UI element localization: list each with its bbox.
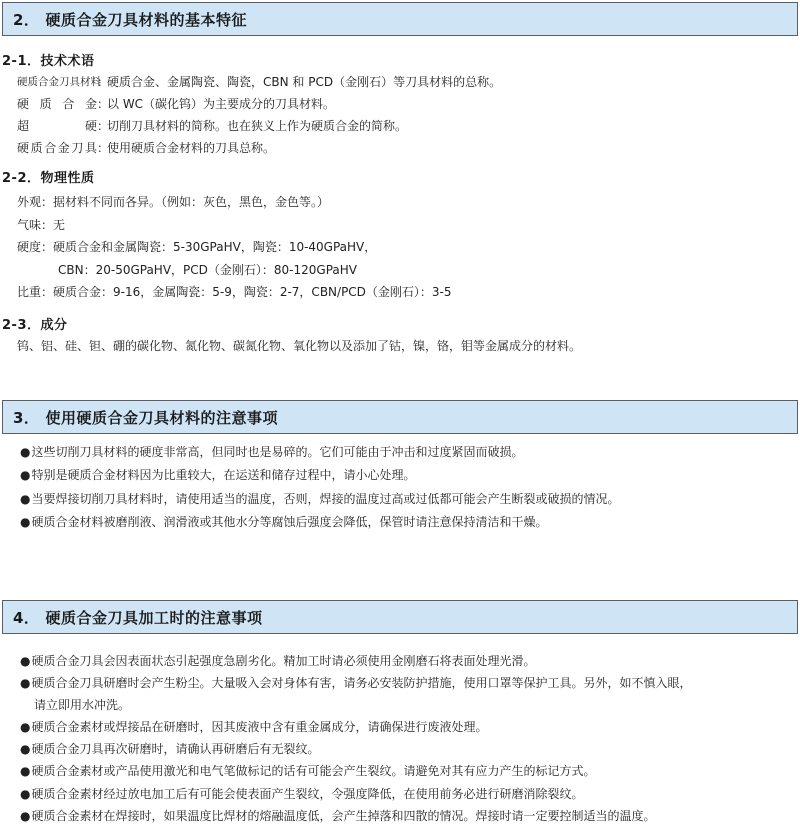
list-item-text: 当要焊接切削刀具材料时，请使用适当的温度，否则，焊接的温度过高或过低都可能会产生… <box>31 492 619 506</box>
list-item: ●硬质合金素材或焊接品在研磨时，因其废液中含有重金属成分，请确保进行废液处理。 <box>20 719 488 735</box>
list-item-text: 硬质合金材料被磨削液、润滑液或其他水分等腐蚀后强度会降低，保管时请注意保持清洁和… <box>31 515 547 529</box>
list-item-text: 这些切削刀具材料的硬度非常高，但同时也是易碎的。它们可能由于冲击和过度紧固而破损… <box>31 445 523 459</box>
bullet-icon: ● <box>20 676 30 690</box>
definition-row: 硬质合金刀具材料 ： 硬质合金、金属陶瓷、陶瓷，CBN 和 PCD（金刚石）等刀… <box>17 74 501 90</box>
definition-desc: 切削刀具材料的简称。也在狭义上作为硬质合金的简称。 <box>107 118 407 134</box>
bullet-icon: ● <box>20 742 30 756</box>
list-item-text: 硬质合金素材或焊接品在研磨时，因其废液中含有重金属成分，请确保进行废液处理。 <box>31 720 487 734</box>
list-item-text: 硬质合金素材经过放电加工后有可能会使表面产生裂纹，令强度降低，在使用前务必进行研… <box>31 787 583 801</box>
definition-colon: ： <box>97 140 107 156</box>
bullet-icon: ● <box>20 720 30 734</box>
definition-colon: ： <box>97 96 107 112</box>
list-item-text: 硬质合金刀具会因表面状态引起强度急剧劣化。精加工时请必须使用金刚磨石将表面处理光… <box>31 654 535 668</box>
definition-colon: ： <box>97 74 107 90</box>
definition-row: 硬质合金刀具 ： 使用硬质合金材料的刀具总称。 <box>17 140 275 156</box>
list-item: ●这些切削刀具材料的硬度非常高，但同时也是易碎的。它们可能由于冲击和过度紧固而破… <box>20 444 524 460</box>
property-appearance: 外观：据材料不同而各异。（例如：灰色，黑色，金色等。） <box>17 194 329 210</box>
bullet-icon: ● <box>20 764 30 778</box>
property-hardness: 硬度：硬质合金和金属陶瓷：5-30GPaHV，陶瓷：10-40GPaHV， <box>17 239 376 255</box>
definition-colon: ： <box>97 118 107 134</box>
definition-desc: 使用硬质合金材料的刀具总称。 <box>107 140 275 156</box>
bullet-icon: ● <box>20 468 30 482</box>
list-item-text: 硬质合金刀具研磨时会产生粉尘。大量吸入会对身体有害，请务必安装防护措施，使用口罩… <box>31 676 691 690</box>
section-3-title: 使用硬质合金刀具材料的注意事项 <box>45 407 278 428</box>
section-4-title: 硬质合金刀具加工时的注意事项 <box>45 607 262 628</box>
list-item-text: 硬质合金素材或产品使用激光和电气笔做标记的话有可能会产生裂纹。请避免对其有应力产… <box>31 764 595 778</box>
list-item: ●硬质合金材料被磨削液、润滑液或其他水分等腐蚀后强度会降低，保管时请注意保持清洁… <box>20 514 548 530</box>
section-3-number: 3． <box>13 407 39 428</box>
definition-term: 超 硬 <box>17 118 97 134</box>
section-3-header: 3． 使用硬质合金刀具材料的注意事项 <box>2 400 798 434</box>
bullet-icon: ● <box>20 492 30 506</box>
list-item: ●硬质合金素材或产品使用激光和电气笔做标记的话有可能会产生裂纹。请避免对其有应力… <box>20 763 596 779</box>
property-odor: 气味：无 <box>17 217 65 233</box>
section-4-number: 4． <box>13 607 39 628</box>
list-item: ●硬质合金素材在焊接时，如果温度比焊材的熔融温度低，会产生掉落和四散的情况。焊接… <box>20 808 656 824</box>
definition-term: 硬质合金刀具 <box>17 140 97 156</box>
definition-term: 硬质合金刀具材料 <box>17 74 97 90</box>
bullet-icon: ● <box>20 445 30 459</box>
definition-desc: 以 WC（碳化钨）为主要成分的刀具材料。 <box>107 96 335 112</box>
bullet-icon: ● <box>20 515 30 529</box>
bullet-icon: ● <box>20 654 30 668</box>
section-2-title: 硬质合金刀具材料的基本特征 <box>45 9 247 30</box>
definition-row: 超 硬 ： 切削刀具材料的简称。也在狭义上作为硬质合金的简称。 <box>17 118 407 134</box>
property-specific-gravity: 比重：硬质合金：9-16，金属陶瓷：5-9，陶瓷：2-7，CBN/PCD（金刚石… <box>17 284 452 300</box>
list-item: ●硬质合金素材经过放电加工后有可能会使表面产生裂纹，令强度降低，在使用前务必进行… <box>20 786 584 802</box>
definition-term: 硬质合金 <box>17 96 97 112</box>
list-item-continuation: 请立即用水冲洗。 <box>34 697 130 713</box>
list-item: ●硬质合金刀具会因表面状态引起强度急剧劣化。精加工时请必须使用金刚磨石将表面处理… <box>20 653 536 669</box>
section-2-number: 2． <box>13 9 39 30</box>
section-2-header: 2． 硬质合金刀具材料的基本特征 <box>2 2 798 36</box>
definition-desc: 硬质合金、金属陶瓷、陶瓷，CBN 和 PCD（金刚石）等刀具材料的总称。 <box>107 74 501 90</box>
list-item: ●硬质合金刀具研磨时会产生粉尘。大量吸入会对身体有害，请务必安装防护措施，使用口… <box>20 675 692 691</box>
subsection-2-2-heading: 2-2．物理性质 <box>2 167 95 186</box>
property-hardness-cont: CBN：20-50GPaHV，PCD（金刚石）：80-120GPaHV <box>58 262 357 278</box>
list-item: ●当要焊接切削刀具材料时，请使用适当的温度，否则，焊接的温度过高或过低都可能会产… <box>20 491 620 507</box>
list-item-text: 特别是硬质合金材料因为比重较大，在运送和储存过程中，请小心处理。 <box>31 468 415 482</box>
list-item: ●硬质合金刀具再次研磨时，请确认再研磨后有无裂纹。 <box>20 741 320 757</box>
composition-text: 钨、铝、硅、钽、硼的碳化物、氮化物、碳氮化物、氧化物以及添加了钴，镍，铬，钼等金… <box>17 338 581 354</box>
list-item-text: 硬质合金刀具再次研磨时，请确认再研磨后有无裂纹。 <box>31 742 319 756</box>
subsection-2-1-heading: 2-1．技术术语 <box>2 50 95 69</box>
list-item: ●特别是硬质合金材料因为比重较大，在运送和储存过程中，请小心处理。 <box>20 467 416 483</box>
section-4-header: 4． 硬质合金刀具加工时的注意事项 <box>2 600 798 634</box>
subsection-2-3-heading: 2-3．成分 <box>2 314 68 333</box>
bullet-icon: ● <box>20 787 30 801</box>
definition-row: 硬质合金 ： 以 WC（碳化钨）为主要成分的刀具材料。 <box>17 96 335 112</box>
list-item-text: 硬质合金素材在焊接时，如果温度比焊材的熔融温度低，会产生掉落和四散的情况。焊接时… <box>31 809 655 823</box>
bullet-icon: ● <box>20 809 30 823</box>
